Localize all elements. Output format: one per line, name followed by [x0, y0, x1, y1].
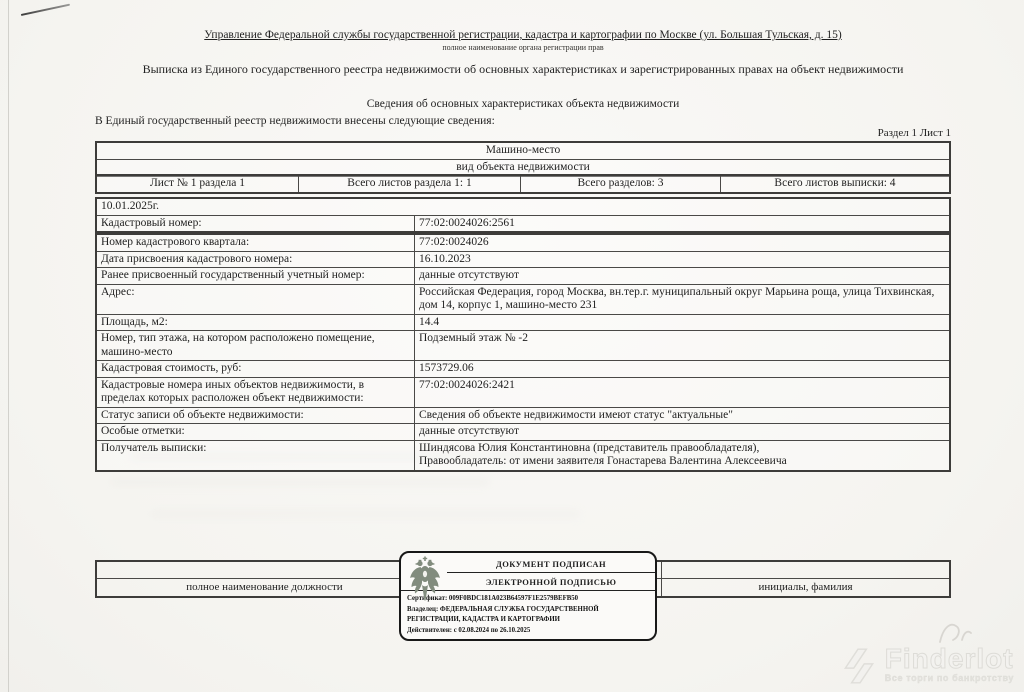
details-table: Номер кадастрового квартала: 77:02:00240… — [95, 233, 951, 472]
row-label: Кадастровая стоимость, руб: — [97, 361, 415, 377]
table-row: Ранее присвоенный государственный учетны… — [97, 267, 949, 284]
row-label: Статус записи об объекте недвижимости: — [97, 408, 415, 424]
row-value: 77:02:0024026 — [415, 235, 949, 251]
table-row: Номер, тип этажа, на котором расположено… — [97, 330, 949, 360]
table-row: Лист № 1 раздела 1 Всего листов раздела … — [97, 176, 949, 192]
scan-edge-line — [8, 0, 9, 692]
sheet-cell: Всего листов раздела 1: 1 — [299, 176, 521, 192]
row-value: данные отсутствуют — [415, 424, 949, 440]
table-row: Кадастровый номер: 77:02:0024026:2561 — [97, 215, 949, 232]
intro-line: В Единый государственный реестр недвижим… — [95, 115, 495, 127]
row-value: 16.10.2023 — [415, 252, 949, 268]
digital-signature-stamp: ДОКУМЕНТ ПОДПИСАН ЭЛЕКТРОННОЙ ПОДПИСЬЮ С… — [399, 551, 657, 641]
table-row: Машино-место — [97, 143, 949, 159]
row-label: Ранее присвоенный государственный учетны… — [97, 268, 415, 284]
authority-title: Управление Федеральной службы государств… — [95, 29, 951, 41]
faint-pen-scribble — [938, 622, 972, 644]
section-title: Сведения об основных характеристиках объ… — [95, 98, 951, 110]
table-row: Номер кадастрового квартала: 77:02:00240… — [97, 235, 949, 251]
row-label: Адрес: — [97, 285, 415, 314]
row-label: Номер, тип этажа, на котором расположено… — [97, 331, 415, 360]
row-value: 14.4 — [415, 315, 949, 331]
row-label: Номер кадастрового квартала: — [97, 235, 415, 251]
signature-blank-cell — [97, 562, 433, 578]
sheet-cell: Всего разделов: 3 — [521, 176, 721, 192]
row-label: Кадастровый номер: — [97, 216, 415, 232]
pen-stroke-mark — [21, 4, 70, 17]
stamp-title-line1: ДОКУМЕНТ ПОДПИСАН — [447, 553, 655, 573]
row-value: Сведения об объекте недвижимости имеют с… — [415, 408, 949, 424]
table-row: Адрес: Российская Федерация, город Москв… — [97, 284, 949, 314]
row-value: Подземный этаж № -2 — [415, 331, 949, 360]
table-row: Кадастровые номера иных объектов недвижи… — [97, 377, 949, 407]
date-cadastral-table: 10.01.2025г. Кадастровый номер: 77:02:00… — [95, 197, 951, 233]
document-title: Выписка из Единого государственного реес… — [95, 62, 951, 77]
object-type-table: Машино-место вид объекта недвижимости — [95, 141, 951, 177]
row-value: 77:02:0024026:2421 — [415, 378, 949, 407]
row-label: Дата присвоения кадастрового номера: — [97, 252, 415, 268]
position-caption: полное наименование должности — [97, 579, 433, 596]
watermark-brand: Finderlot — [885, 645, 1014, 672]
row-label: Кадастровые номера иных объектов недвижи… — [97, 378, 415, 407]
finderlot-logo-icon — [838, 645, 880, 687]
sheets-info-table: Лист № 1 раздела 1 Всего листов раздела … — [95, 174, 951, 194]
certificate-value: 009F0BDC181A023B64597F1E2579BEFB50 — [449, 595, 578, 602]
row-value: Российская Федерация, город Москва, вн.т… — [415, 285, 949, 314]
coat-of-arms-eagle-icon — [408, 556, 442, 602]
validity-value: с 02.08.2024 по 26.10.2025 — [454, 627, 531, 634]
row-value: 77:02:0024026:2561 — [415, 216, 949, 232]
table-row: Дата присвоения кадастрового номера: 16.… — [97, 251, 949, 268]
table-row: Статус записи об объекте недвижимости: С… — [97, 407, 949, 424]
table-row: Особые отметки: данные отсутствуют — [97, 423, 949, 440]
table-row: Площадь, м2: 14.4 — [97, 314, 949, 331]
authority-caption: полное наименование органа регистрации п… — [95, 43, 951, 52]
extract-date: 10.01.2025г. — [97, 199, 949, 215]
owner-label: Владелец: — [407, 606, 438, 613]
stamp-title-line2: ЭЛЕКТРОННОЙ ПОДПИСЬЮ — [447, 573, 655, 590]
object-type-value: Машино-место — [97, 143, 949, 159]
watermark-tagline: Все торги по банкротству — [885, 673, 1014, 683]
watermark: Finderlot Все торги по банкротству — [838, 645, 1014, 687]
scan-bleedthrough — [150, 510, 580, 518]
row-label: Площадь, м2: — [97, 315, 415, 331]
row-label: Особые отметки: — [97, 424, 415, 440]
name-caption: инициалы, фамилия — [662, 579, 949, 596]
row-value: Шиндясова Юлия Константиновна (представи… — [415, 441, 949, 470]
stamp-certificate-line: Сертификат: 009F0BDC181A023B64597F1E2579… — [407, 594, 649, 605]
row-value: 1573729.06 — [415, 361, 949, 377]
signature-blank-cell — [662, 562, 949, 578]
stamp-validity-line: Действителен: с 02.08.2024 по 26.10.2025 — [407, 626, 649, 637]
sheet-cell: Лист № 1 раздела 1 — [97, 176, 299, 192]
validity-label: Действителен: — [407, 627, 452, 634]
object-type-caption: вид объекта недвижимости — [97, 160, 949, 176]
table-row: 10.01.2025г. — [97, 199, 949, 215]
section-sheet-ref: Раздел 1 Лист 1 — [95, 127, 951, 139]
stamp-owner-line: Владелец: ФЕДЕРАЛЬНАЯ СЛУЖБА ГОСУДАРСТВЕ… — [407, 605, 649, 626]
scan-bleedthrough — [110, 478, 490, 486]
table-row: Получатель выписки: Шиндясова Юлия Конст… — [97, 440, 949, 470]
table-row: вид объекта недвижимости — [97, 159, 949, 176]
row-label: Получатель выписки: — [97, 441, 415, 470]
sheet-cell: Всего листов выписки: 4 — [721, 176, 949, 192]
row-value: данные отсутствуют — [415, 268, 949, 284]
table-row: Кадастровая стоимость, руб: 1573729.06 — [97, 360, 949, 377]
